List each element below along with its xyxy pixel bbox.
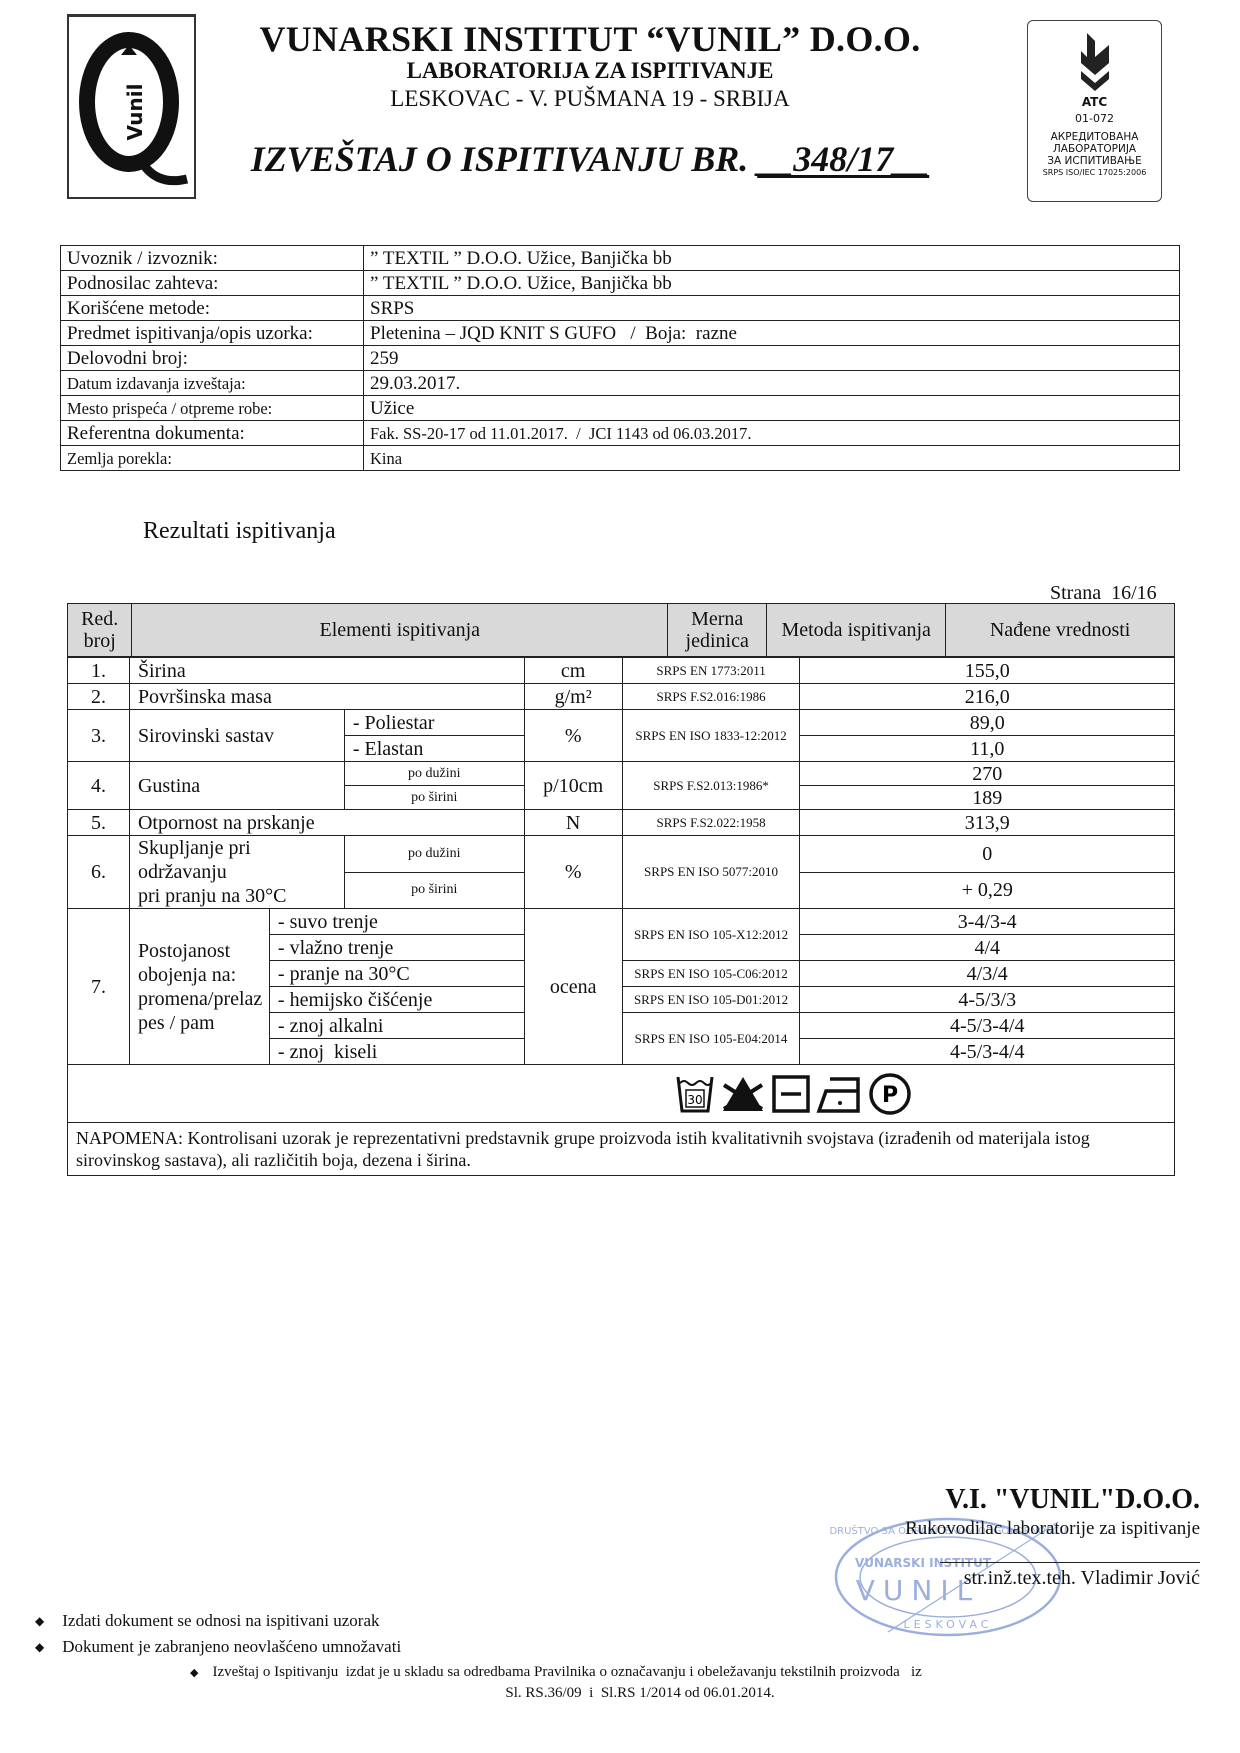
info-row: Korišćene metode:SRPS — [61, 296, 1180, 321]
info-value: 29.03.2017. — [364, 371, 1180, 396]
wash-temp-label: 30 — [687, 1093, 702, 1107]
row-value: 313,9 — [800, 810, 1175, 836]
row-subelement: - znoj alkalni — [269, 1013, 524, 1039]
row-no: 1. — [68, 658, 130, 684]
row-element-line2: obojenja na: — [138, 963, 265, 987]
accreditation-badge: ATC 01-072 АКРЕДИТОВАНА ЛАБОРАТОРИЈА ЗА … — [1027, 20, 1162, 202]
info-row: Podnosilac zahteva:” TEXTIL ” D.O.O. Uži… — [61, 271, 1180, 296]
row-value: 4-5/3-4/4 — [800, 1013, 1175, 1039]
result-row: 5. Otpornost na prskanje N SRPS F.S2.022… — [68, 810, 1175, 836]
signature-name: str.inž.tex.teh. Vladimir Jović — [880, 1567, 1200, 1590]
diamond-bullet-icon: ◆ — [190, 1667, 198, 1679]
report-prefix: IZVEŠTAJ O ISPITIVANJU BR. — [251, 139, 748, 179]
row-unit: p/10cm — [524, 762, 622, 810]
row-element-line3: promena/prelaz — [138, 987, 265, 1011]
info-label: Korišćene metode: — [61, 296, 364, 321]
row-subelement: po širini — [344, 872, 524, 909]
vunil-q-logo-icon: Vunil — [69, 17, 194, 197]
diamond-bullet-icon: ◆ — [35, 1608, 44, 1634]
header-values: Nađene vrednosti — [946, 604, 1174, 656]
care-symbols: 30 P — [68, 1065, 1175, 1123]
row-value: 89,0 — [800, 710, 1175, 736]
row-element: Širina — [129, 658, 524, 684]
row-element: Postojanost obojenja na: promena/prelaz … — [129, 909, 269, 1065]
row-element: Gustina — [129, 762, 344, 810]
header-method: Metoda ispitivanja — [767, 604, 946, 656]
row-no: 3. — [68, 710, 130, 762]
note-text: NAPOMENA: Kontrolisani uzorak je repreze… — [68, 1123, 1175, 1176]
regulation-note: ◆Izveštaj o Ispitivanju izdat je u sklad… — [190, 1662, 1090, 1703]
atc-line1: АКРЕДИТОВАНА — [1028, 131, 1161, 143]
row-subelement: po širini — [344, 786, 524, 810]
flat-dry-icon — [771, 1073, 811, 1115]
report-number: __348/17__ — [757, 139, 929, 179]
result-row: 3. Sirovinski sastav - Poliestar % SRPS … — [68, 710, 1175, 736]
row-element: Skupljanje pri održavanju pri pranju na … — [129, 836, 344, 909]
stamp-bottom-text: LESKOVAC — [904, 1618, 993, 1631]
row-method: SRPS EN ISO 105-X12:2012 — [622, 909, 800, 961]
info-label: Predmet ispitivanja/opis uzorka: — [61, 321, 364, 346]
row-value: 189 — [800, 786, 1175, 810]
institute-name: VUNARSKI INSTITUT “VUNIL” D.O.O. — [250, 18, 930, 60]
signature-line — [940, 1562, 1200, 1563]
info-value: Užice — [364, 396, 1180, 421]
row-method: SRPS EN ISO 105-C06:2012 — [622, 961, 800, 987]
signature-block: V.I. "VUNIL"D.O.O. Rukovodilac laborator… — [880, 1484, 1200, 1590]
result-row: 4. Gustina po dužini p/10cm SRPS F.S2.01… — [68, 762, 1175, 786]
atc-line2: ЛАБОРАТОРИЈА — [1028, 143, 1161, 155]
atc-line3: ЗА ИСПИТИВАЊЕ — [1028, 155, 1161, 167]
info-row: Datum izdavanja izveštaja:29.03.2017. — [61, 371, 1180, 396]
atc-chevron-icon — [1075, 33, 1115, 91]
info-row: Delovodni broj:259 — [61, 346, 1180, 371]
row-subelement: - pranje na 30°C — [269, 961, 524, 987]
footer-bullet: ◆Dokument je zabranjeno neovlašćeno umno… — [35, 1634, 401, 1660]
row-value: 4-5/3-4/4 — [800, 1039, 1175, 1065]
footer-bullets: ◆Izdati dokument se odnosi na ispitivani… — [35, 1608, 401, 1660]
info-label: Uvoznik / izvoznik: — [61, 246, 364, 271]
diamond-bullet-icon: ◆ — [35, 1634, 44, 1660]
row-element-line1: Skupljanje pri održavanju — [138, 836, 340, 884]
row-subelement: po dužini — [344, 836, 524, 873]
atc-mark: ATC — [1028, 95, 1161, 109]
row-unit: % — [524, 710, 622, 762]
note-row: NAPOMENA: Kontrolisani uzorak je repreze… — [68, 1123, 1175, 1176]
row-unit: N — [524, 810, 622, 836]
footer-bullet-text: Dokument je zabranjeno neovlašćeno umnož… — [62, 1634, 401, 1660]
no-bleach-icon — [720, 1073, 766, 1115]
info-value: Fak. SS-20-17 od 11.01.2017. / JCI 1143 … — [364, 421, 1180, 446]
regulation-text1: Izveštaj o Ispitivanju izdat je u skladu… — [212, 1664, 921, 1680]
header-method-value: Merna jedinica Metoda ispitivanja Nađene… — [668, 604, 1175, 657]
info-value: Pletenina – JQD KNIT S GUFO / Boja: razn… — [364, 321, 1180, 346]
row-subelement: - hemijsko čišćenje — [269, 987, 524, 1013]
row-subelement: po dužini — [344, 762, 524, 786]
row-element: Otpornost na prskanje — [129, 810, 524, 836]
info-value: ” TEXTIL ” D.O.O. Užice, Banjička bb — [364, 246, 1180, 271]
regulation-line2: Sl. RS.36/09 i Sl.RS 1/2014 od 06.01.201… — [190, 1683, 1090, 1703]
care-symbols-row: 30 P — [68, 1065, 1175, 1123]
row-method: SRPS EN ISO 105-E04:2014 — [622, 1013, 800, 1065]
institute-address: LESKOVAC - V. PUŠMANA 19 - SRBIJA — [250, 86, 930, 112]
info-value: Kina — [364, 446, 1180, 471]
signature-role: Rukovodilac laboratorije za ispitivanje — [880, 1518, 1200, 1540]
footer-bullet: ◆Izdati dokument se odnosi na ispitivani… — [35, 1608, 401, 1634]
row-method: SRPS EN ISO 105-D01:2012 — [622, 987, 800, 1013]
info-label: Referentna dokumenta: — [61, 421, 364, 446]
regulation-line1: ◆Izveštaj o Ispitivanju izdat je u sklad… — [190, 1662, 1090, 1683]
dry-clean-p-icon: P — [867, 1071, 913, 1117]
info-row: Predmet ispitivanja/opis uzorka:Pletenin… — [61, 321, 1180, 346]
row-unit: cm — [524, 658, 622, 684]
row-unit: ocena — [524, 909, 622, 1065]
info-value: SRPS — [364, 296, 1180, 321]
institute-logo: Vunil — [67, 14, 196, 199]
row-value: 0 — [800, 836, 1175, 873]
row-value: 11,0 — [800, 736, 1175, 762]
row-method: SRPS EN ISO 5077:2010 — [622, 836, 800, 909]
row-element-line2: pri pranju na 30°C — [138, 884, 340, 908]
result-row: 7. Postojanost obojenja na: promena/prel… — [68, 909, 1175, 935]
row-value: 4/4 — [800, 935, 1175, 961]
iron-low-icon — [816, 1073, 862, 1115]
row-value: 4/3/4 — [800, 961, 1175, 987]
wash-30-icon: 30 — [675, 1073, 715, 1115]
dry-clean-letter: P — [881, 1083, 897, 1108]
row-method: SRPS F.S2.022:1958 — [622, 810, 800, 836]
row-subelement: - znoj kiseli — [269, 1039, 524, 1065]
row-element-line1: Postojanost — [138, 939, 265, 963]
results-table: Red. broj Elementi ispitivanja Merna jed… — [67, 603, 1175, 657]
info-row: Referentna dokumenta:Fak. SS-20-17 od 11… — [61, 421, 1180, 446]
info-value: ” TEXTIL ” D.O.O. Užice, Banjička bb — [364, 271, 1180, 296]
row-method: SRPS EN 1773:2011 — [622, 658, 800, 684]
row-value: 270 — [800, 762, 1175, 786]
sample-info-table: Uvoznik / izvoznik:” TEXTIL ” D.O.O. Uži… — [60, 245, 1180, 471]
info-label: Delovodni broj: — [61, 346, 364, 371]
row-no: 6. — [68, 836, 130, 909]
row-no: 5. — [68, 810, 130, 836]
row-method: SRPS EN ISO 1833-12:2012 — [622, 710, 800, 762]
report-title: IZVEŠTAJ O ISPITIVANJU BR. __348/17__ — [250, 138, 930, 180]
row-subelement: - Poliestar — [344, 710, 524, 736]
info-value: 259 — [364, 346, 1180, 371]
results-heading: Rezultati ispitivanja — [143, 518, 336, 545]
laboratory-name: LABORATORIJA ZA ISPITIVANJE — [250, 58, 930, 84]
info-row: Mesto prispeća / otpreme robe:Užice — [61, 396, 1180, 421]
row-subelement: - suvo trenje — [269, 909, 524, 935]
info-row: Zemlja porekla:Kina — [61, 446, 1180, 471]
info-label: Mesto prispeća / otpreme robe: — [61, 396, 364, 421]
row-element: Sirovinski sastav — [129, 710, 344, 762]
row-value: 3-4/3-4 — [800, 909, 1175, 935]
row-no: 2. — [68, 684, 130, 710]
row-subelement: - vlažno trenje — [269, 935, 524, 961]
row-subelement: - Elastan — [344, 736, 524, 762]
results-body: 1. Širina cm SRPS EN 1773:2011 155,0 2. … — [67, 657, 1175, 1176]
row-method: SRPS F.S2.013:1986* — [622, 762, 800, 810]
svg-text:Vunil: Vunil — [123, 84, 147, 141]
signature-company: V.I. "VUNIL"D.O.O. — [880, 1484, 1200, 1516]
info-row: Uvoznik / izvoznik:” TEXTIL ” D.O.O. Uži… — [61, 246, 1180, 271]
row-value: 216,0 — [800, 684, 1175, 710]
results-header-row: Red. broj Elementi ispitivanja Merna jed… — [68, 604, 1175, 657]
row-unit: % — [524, 836, 622, 909]
result-row: 6. Skupljanje pri održavanju pri pranju … — [68, 836, 1175, 873]
result-row: 1. Širina cm SRPS EN 1773:2011 155,0 — [68, 658, 1175, 684]
row-element: Površinska masa — [129, 684, 524, 710]
results-body-table: 1. Širina cm SRPS EN 1773:2011 155,0 2. … — [67, 657, 1175, 1176]
row-method: SRPS F.S2.016:1986 — [622, 684, 800, 710]
row-element-line4: pes / pam — [138, 1011, 265, 1035]
info-label: Podnosilac zahteva: — [61, 271, 364, 296]
page-number: Strana 16/16 — [1050, 582, 1157, 605]
atc-standard: SRPS ISO/IEC 17025:2006 — [1028, 167, 1161, 178]
row-value: 4-5/3/3 — [800, 987, 1175, 1013]
row-unit: g/m² — [524, 684, 622, 710]
header-elements: Elementi ispitivanja — [132, 604, 668, 657]
info-label: Datum izdavanja izveštaja: — [61, 371, 364, 396]
header-no: Red. broj — [68, 604, 132, 657]
row-no: 4. — [68, 762, 130, 810]
row-no: 7. — [68, 909, 130, 1065]
atc-code: 01-072 — [1028, 112, 1161, 125]
header-unit-cell: Merna jedinica — [668, 604, 767, 656]
info-label: Zemlja porekla: — [61, 446, 364, 471]
result-row: 2. Površinska masa g/m² SRPS F.S2.016:19… — [68, 684, 1175, 710]
row-value: 155,0 — [800, 658, 1175, 684]
footer-bullet-text: Izdati dokument se odnosi na ispitivani … — [62, 1608, 379, 1634]
row-value: + 0,29 — [800, 872, 1175, 909]
